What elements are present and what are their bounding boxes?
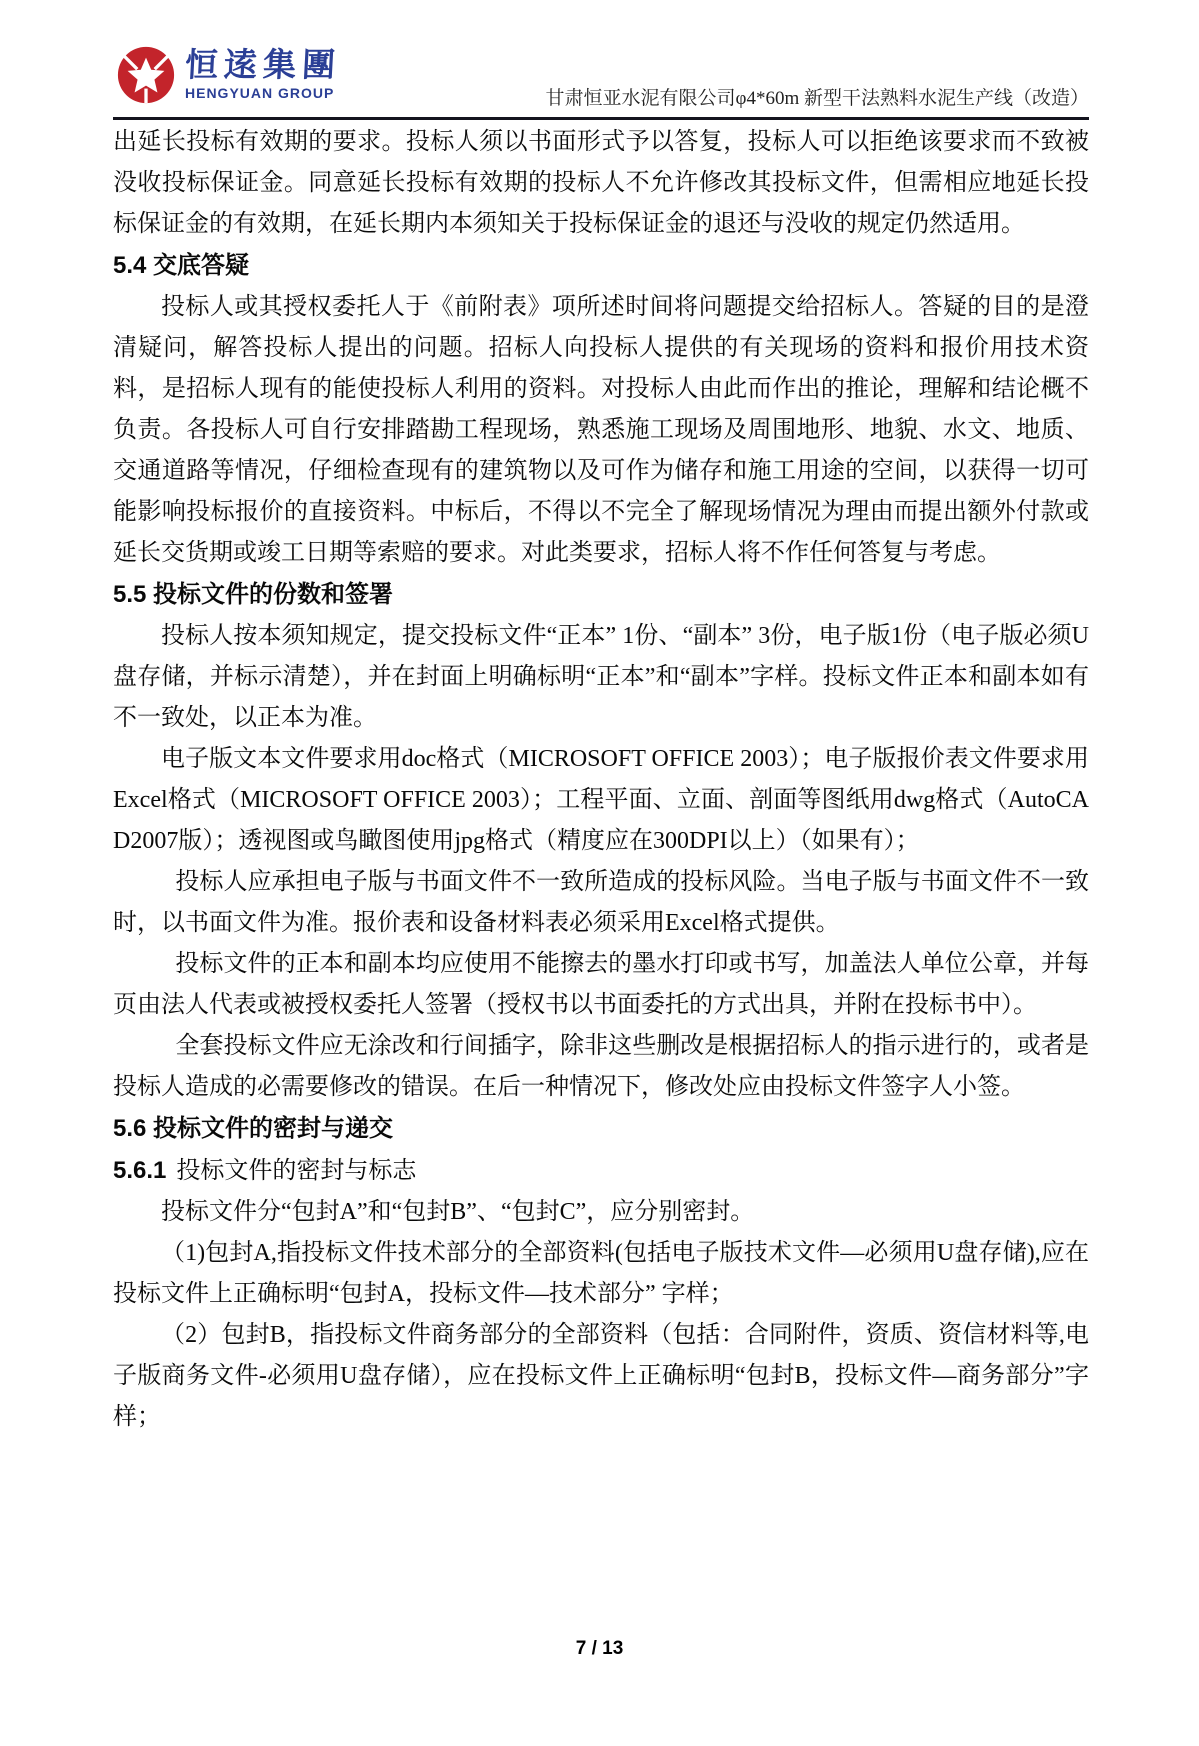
section-heading: 5.4 交底答疑	[113, 245, 1089, 287]
document-page: 恒逺集團 HENGYUAN GROUP 甘肃恒亚水泥有限公司φ4*60m 新型干…	[0, 0, 1199, 1746]
subsection-heading: 5.6.1投标文件的密封与标志	[113, 1150, 1089, 1192]
section-heading: 5.6 投标文件的密封与递交	[113, 1108, 1089, 1150]
subsection-title: 投标文件的密封与标志	[176, 1158, 416, 1184]
page-number-indicator: 7 / 13	[0, 1638, 1199, 1660]
header-project-title: 甘肃恒亚水泥有限公司φ4*60m 新型干法熟料水泥生产线（改造）	[546, 83, 1090, 110]
logo-chinese-name: 恒逺集團	[184, 50, 342, 83]
hengyuan-logo-icon	[115, 44, 177, 106]
paragraph: （1)包封A,指投标文件技术部分的全部资料(包括电子版技术文件—必须用U盘存储)…	[113, 1233, 1089, 1315]
paragraph: （2）包封B，指投标文件商务部分的全部资料（包括：合同附件，资质、资信材料等,电…	[113, 1315, 1089, 1438]
paragraph: 投标人按本须知规定，提交投标文件“正本” 1份、“副本” 3份，电子版1份（电子…	[113, 616, 1089, 739]
section-heading: 5.5 投标文件的份数和签署	[113, 574, 1089, 616]
company-logo: 恒逺集團 HENGYUAN GROUP	[115, 44, 341, 106]
paragraph: 投标人应承担电子版与书面文件不一致所造成的投标风险。当电子版与书面文件不一致时，…	[113, 862, 1089, 944]
subsection-number: 5.6.1	[113, 1157, 166, 1184]
logo-english-name: HENGYUAN GROUP	[185, 86, 341, 100]
logo-text: 恒逺集團 HENGYUAN GROUP	[185, 50, 341, 100]
paragraph: 投标文件分“包封A”和“包封B”、“包封C”，应分别密封。	[113, 1192, 1089, 1233]
paragraph: 全套投标文件应无涂改和行间插字，除非这些删改是根据招标人的指示进行的，或者是投标…	[113, 1026, 1089, 1108]
paragraph: 投标人或其授权委托人于《前附表》项所述时间将问题提交给招标人。答疑的目的是澄清疑…	[113, 287, 1089, 574]
paragraph: 出延长投标有效期的要求。投标人须以书面形式予以答复，投标人可以拒绝该要求而不致被…	[113, 122, 1089, 245]
paragraph: 电子版文本文件要求用doc格式（MICROSOFT OFFICE 2003）；电…	[113, 739, 1089, 862]
document-body: 出延长投标有效期的要求。投标人须以书面形式予以答复，投标人可以拒绝该要求而不致被…	[113, 122, 1089, 1438]
paragraph: 投标文件的正本和副本均应使用不能擦去的墨水打印或书写，加盖法人单位公章，并每页由…	[113, 944, 1089, 1026]
page-header: 恒逺集團 HENGYUAN GROUP 甘肃恒亚水泥有限公司φ4*60m 新型干…	[113, 0, 1089, 120]
